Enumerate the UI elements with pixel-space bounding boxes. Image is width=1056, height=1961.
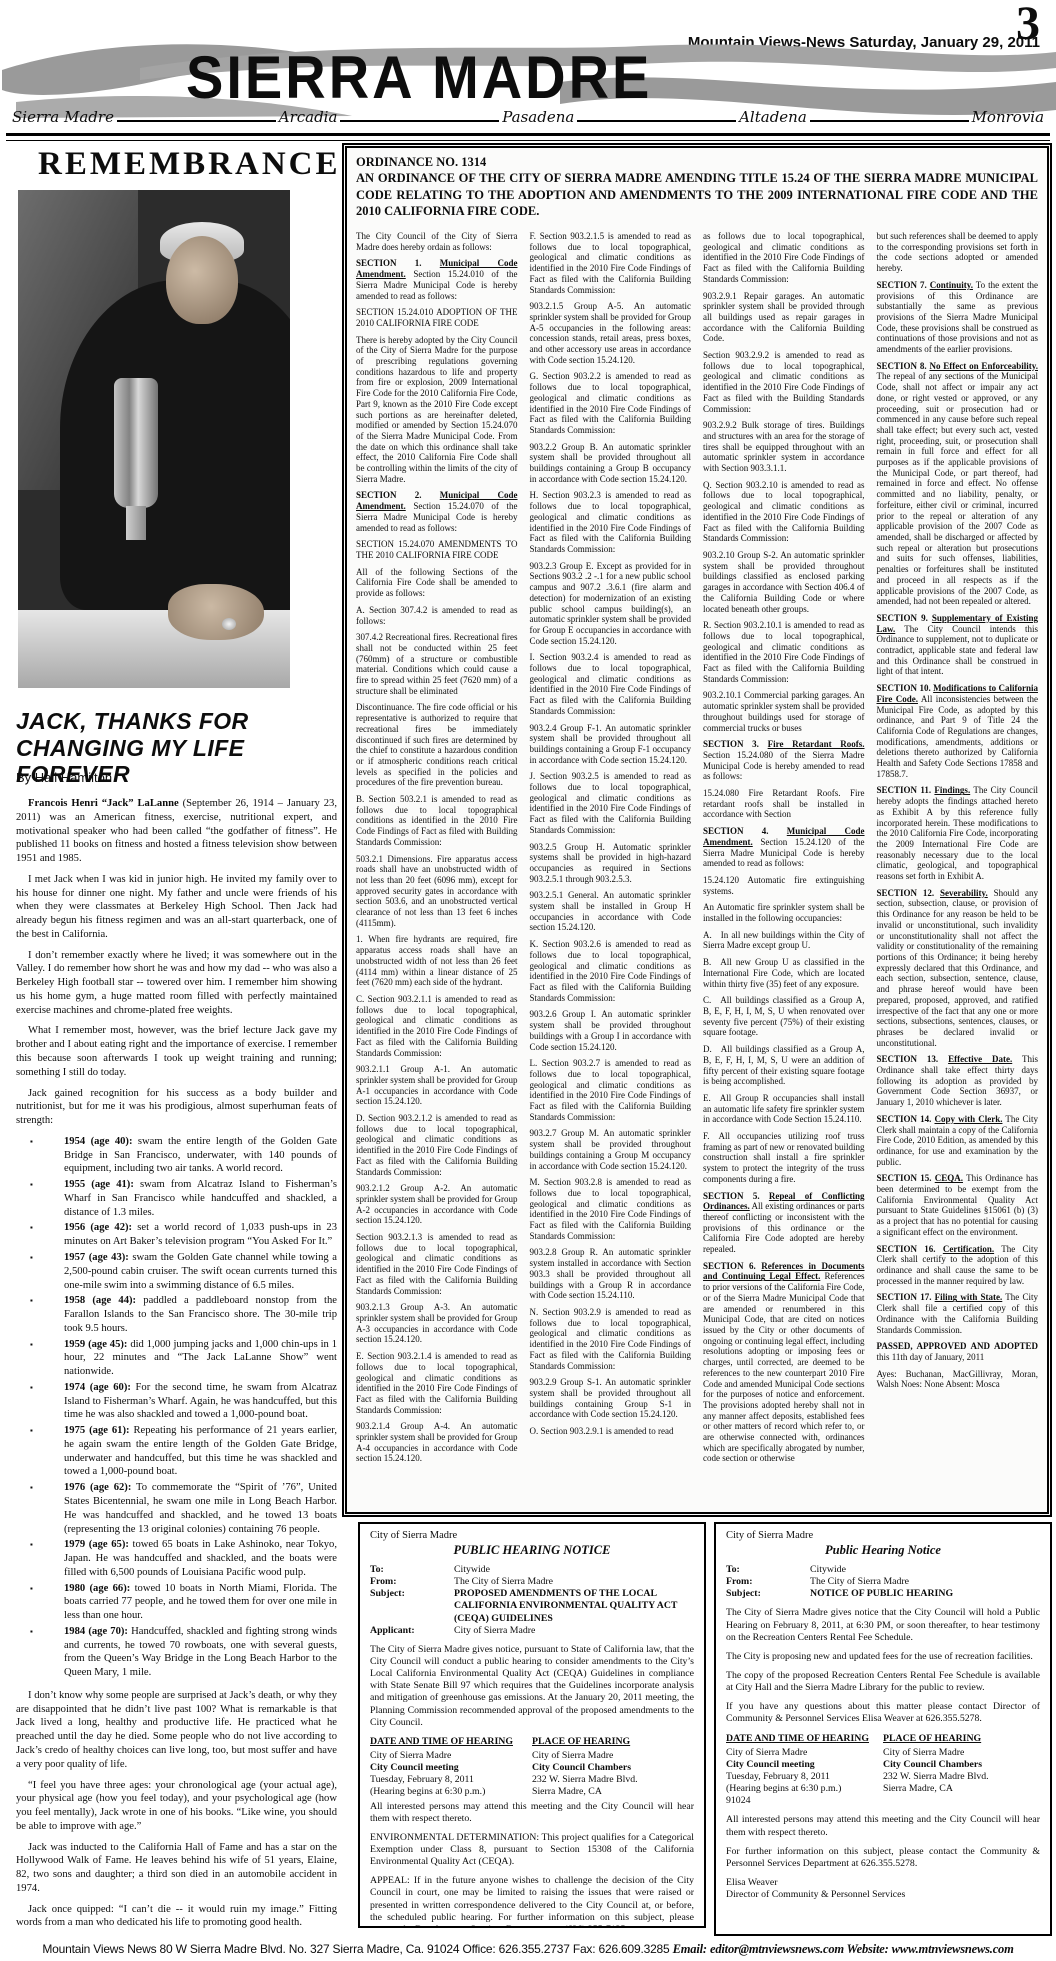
paragraph: Jack once quipped: “I can’t die -- it wo… xyxy=(16,1903,337,1931)
ordinance-paragraph: 903.2.4 Group F-1. An automatic sprinkle… xyxy=(530,723,692,766)
subject-value: NOTICE OF PUBLIC HEARING xyxy=(810,1588,1040,1600)
ordinance-paragraph: 903.2.7 Group M. An automatic sprinkler … xyxy=(530,1128,692,1171)
footer-website: www.mtnviewsnews.com xyxy=(892,1942,1014,1956)
paragraph: Francois Henri “Jack” LaLanne (September… xyxy=(16,797,337,866)
place-header: PLACE OF HEARING xyxy=(532,1736,694,1748)
ordinance-paragraph: B. All new Group U as classified in the … xyxy=(703,957,865,989)
ordinance-paragraph: 903.2.9 Group S-1. An automatic sprinkle… xyxy=(530,1377,692,1420)
date-time-header: DATE AND TIME OF HEARING xyxy=(726,1733,883,1745)
ordinance-paragraph: E. All Group R occupancies shall install… xyxy=(703,1093,865,1125)
public-hearing-notice-rental-fees: City of Sierra Madre Public Hearing Noti… xyxy=(714,1522,1052,1936)
notice-org: City of Sierra Madre xyxy=(726,1529,1040,1542)
ordinance-paragraph: SECTION 6. References in Documents and C… xyxy=(703,1261,865,1464)
notice-body: The City of Sierra Madre gives notice, p… xyxy=(370,1644,694,1729)
ordinance-paragraph: SECTION 4. Municipal Code Amendment. Sec… xyxy=(703,826,865,869)
ordinance-paragraph: SECTION 14. Copy with Clerk. The City Cl… xyxy=(877,1114,1039,1168)
footer: Mountain Views News 80 W Sierra Madre Bl… xyxy=(0,1942,1056,1957)
hearing-line: City of Sierra Madre xyxy=(726,1747,883,1759)
ordinance-paragraph: K. Section 903.2.6 is amended to read as… xyxy=(530,939,692,1003)
hearing-line: 232 W. Sierra Madre Blvd. xyxy=(883,1771,1040,1783)
subject-label: Subject: xyxy=(370,1588,454,1624)
ordinance-paragraph: 903.2.9.2 Bulk storage of tires. Buildin… xyxy=(703,420,865,474)
hearing-line: Tuesday, February 8, 2011 xyxy=(726,1771,883,1783)
ordinance-paragraph: F. Section 903.2.1.5 is amended to read … xyxy=(530,231,692,295)
ordinance-paragraph: There is hereby adopted by the City Coun… xyxy=(356,335,518,485)
photo-figure xyxy=(60,280,290,610)
ordinance-paragraph: 903.2.10 Group S-2. An automatic sprinkl… xyxy=(703,550,865,614)
header-rule xyxy=(6,133,1050,141)
public-hearing-notice-ceqa: City of Sierra Madre PUBLIC HEARING NOTI… xyxy=(358,1522,706,1928)
list-item: ▪ 1956 (age 42): set a world record of 1… xyxy=(16,1221,337,1249)
ordinance-paragraph: SECTION 12. Severability. Should any sec… xyxy=(877,888,1039,1049)
feats-list: ▪ 1954 (age 40): swam the entire length … xyxy=(16,1135,337,1680)
ordinance-paragraph: 903.2.3 Group E. Except as provided for … xyxy=(530,561,692,647)
notice-paragraphs: The City of Sierra Madre gives notice th… xyxy=(726,1607,1040,1725)
ordinance-paragraph: Ayes: Buchanan, MacGillivray, Moran, Wal… xyxy=(877,1369,1039,1390)
ordinance-paragraph: SECTION 5. Repeal of Conflicting Ordinan… xyxy=(703,1191,865,1255)
article-intro-paragraphs: Francois Henri “Jack” LaLanne (September… xyxy=(16,797,337,1128)
signer-name: Elisa Weaver xyxy=(726,1877,1040,1889)
ordinance-paragraph: The City Council of the City of Sierra M… xyxy=(356,231,518,252)
ordinance-column-1: The City Council of the City of Sierra M… xyxy=(356,231,518,1499)
ordinance-paragraph: SECTION 13. Effective Date. This Ordinan… xyxy=(877,1054,1039,1108)
further-info-note: For further information on this subject,… xyxy=(726,1846,1040,1870)
bullet-icon: ▪ xyxy=(16,1481,64,1536)
signer-title: Director of Community & Personnel Servic… xyxy=(726,1889,1040,1901)
subject-value: PROPOSED AMENDMENTS OF THE LOCAL CALIFOR… xyxy=(454,1588,694,1624)
hearing-line: City of Sierra Madre xyxy=(883,1747,1040,1759)
ordinance-paragraph: 903.2.2 Group B. An automatic sprinkler … xyxy=(530,442,692,485)
ordinance-paragraph: SECTION 15.24.070 AMENDMENTS TO THE 2010… xyxy=(356,539,518,560)
paragraph: If you have any questions about this mat… xyxy=(726,1701,1040,1725)
subject-label: Subject: xyxy=(726,1588,810,1600)
ordinance-box: ORDINANCE NO. 1314 AN ORDINANCE OF THE C… xyxy=(342,143,1052,1517)
section-title-remembrance: REMEMBRANCE xyxy=(38,146,341,183)
hearing-line: City Council Chambers xyxy=(883,1759,1040,1771)
footer-contact: Mountain Views News 80 W Sierra Madre Bl… xyxy=(42,1942,672,1956)
attend-note: All interested persons may attend this m… xyxy=(370,1801,694,1825)
hearing-line: City Council meeting xyxy=(370,1762,532,1774)
ordinance-paragraph: PASSED, APPROVED AND ADOPTED this 11th d… xyxy=(877,1341,1039,1362)
place-header: PLACE OF HEARING xyxy=(883,1733,1040,1745)
ordinance-paragraph: Discontinuance. The fire code official o… xyxy=(356,702,518,788)
bullet-icon: ▪ xyxy=(16,1381,64,1422)
appeal-note: APPEAL: If in the future anyone wishes t… xyxy=(370,1875,694,1928)
applicant-label: Applicant: xyxy=(370,1625,454,1637)
article-closing-paragraphs: I don’t know why some people are surpris… xyxy=(16,1689,337,1930)
hearing-headers: DATE AND TIME OF HEARING PLACE OF HEARIN… xyxy=(726,1733,1040,1745)
notice-org: City of Sierra Madre xyxy=(370,1529,694,1542)
ordinance-paragraph: SECTION 3. Fire Retardant Roofs. Section… xyxy=(703,739,865,782)
hearing-date-column: City of Sierra MadreCity Council meeting… xyxy=(370,1750,532,1799)
hearing-line: City of Sierra Madre xyxy=(370,1750,532,1762)
hearing-line: (Hearing begins at 6:30 p.m.) xyxy=(726,1783,883,1795)
hearing-line: City of Sierra Madre xyxy=(532,1750,694,1762)
list-item: ▪ 1979 (age 65): towed 65 boats in Lake … xyxy=(16,1538,337,1579)
ordinance-paragraph: I. Section 903.2.4 is amended to read as… xyxy=(530,652,692,716)
ordinance-paragraph: 903.2.9.1 Repair garages. An automatic s… xyxy=(703,291,865,345)
ordinance-paragraph: O. Section 903.2.9.1 is amended to read xyxy=(530,1426,692,1437)
ordinance-paragraph: Section 903.2.1.3 is amended to read as … xyxy=(356,1232,518,1296)
ordinance-paragraph: An Automatic fire sprinkler system shall… xyxy=(703,902,865,923)
hearing-line: Sierra Madre, CA xyxy=(883,1783,1040,1795)
ordinance-paragraph: D. Section 903.2.1.2 is amended to read … xyxy=(356,1113,518,1177)
divider-line xyxy=(340,120,499,122)
city-label: Arcadia xyxy=(279,108,338,126)
paragraph: The City of Sierra Madre gives notice th… xyxy=(726,1607,1040,1643)
hearing-line: 91024 xyxy=(726,1795,883,1807)
ordinance-paragraph: E. Section 903.2.1.4 is amended to read … xyxy=(356,1351,518,1415)
bullet-icon: ▪ xyxy=(16,1294,64,1335)
from-value: The City of Sierra Madre xyxy=(454,1576,694,1588)
from-label: From: xyxy=(726,1576,810,1588)
ordinance-columns: The City Council of the City of Sierra M… xyxy=(356,231,1038,1499)
ordinance-paragraph: D. All buildings classified as a Group A… xyxy=(703,1044,865,1087)
applicant-value: City of Sierra Madre xyxy=(454,1625,694,1637)
list-item: ▪ 1975 (age 61): Repeating his performan… xyxy=(16,1424,337,1479)
ordinance-paragraph: but such references shall be deemed to a… xyxy=(877,231,1039,274)
ordinance-paragraph: A. In all new buildings within the City … xyxy=(703,930,865,951)
paragraph: I don’t know why some people are surpris… xyxy=(16,1689,337,1772)
city-label: Monrovia xyxy=(972,108,1044,126)
ordinance-column-2: F. Section 903.2.1.5 is amended to read … xyxy=(530,231,692,1499)
environmental-determination: ENVIRONMENTAL DETERMINATION: This projec… xyxy=(370,1832,694,1868)
photo-face xyxy=(166,236,238,324)
ordinance-paragraph: 903.2.1.2 Group A-2. An automatic sprink… xyxy=(356,1183,518,1226)
ordinance-paragraph: F. All occupancies utilizing roof truss … xyxy=(703,1131,865,1185)
ordinance-paragraph: SECTION 15.24.010 ADOPTION OF THE 2010 C… xyxy=(356,307,518,328)
article-byline: By Hail Hamilton xyxy=(16,770,112,785)
ordinance-paragraph: 903.2.1.5 Group A-5. An automatic sprink… xyxy=(530,301,692,365)
ordinance-paragraph: 903.2.5.1 General. An automatic sprinkle… xyxy=(530,890,692,933)
hearing-line: 232 W. Sierra Madre Blvd. xyxy=(532,1774,694,1786)
to-label: To: xyxy=(370,1564,454,1576)
ordinance-paragraph: 307.4.2 Recreational fires. Recreational… xyxy=(356,632,518,696)
city-label: Pasadena xyxy=(502,108,574,126)
photo-jack-lalanne xyxy=(18,190,290,688)
footer-website-label: Website: xyxy=(847,1942,889,1956)
ordinance-paragraph: H. Section 903.2.3 is amended to read as… xyxy=(530,490,692,554)
ordinance-paragraph: A. Section 307.4.2 is amended to read as… xyxy=(356,605,518,626)
ordinance-paragraph: 903.2.6 Group I. An automatic sprinkler … xyxy=(530,1009,692,1052)
newspaper-page: 3 Mountain Views-News Saturday, January … xyxy=(0,0,1056,1961)
notice-title: Public Hearing Notice xyxy=(726,1543,1040,1558)
from-value: The City of Sierra Madre xyxy=(810,1576,1040,1588)
list-item: ▪ 1955 (age 41): swam from Alcatraz Isla… xyxy=(16,1178,337,1219)
hearing-line: City Council meeting xyxy=(726,1759,883,1771)
ordinance-paragraph: 903.2.1.1 Group A-1. An automatic sprink… xyxy=(356,1064,518,1107)
list-item: ▪ 1957 (age 43): swam the Golden Gate ch… xyxy=(16,1251,337,1292)
ordinance-paragraph: N. Section 903.2.9 is amended to read as… xyxy=(530,1307,692,1371)
ordinance-paragraph: M. Section 903.2.8 is amended to read as… xyxy=(530,1177,692,1241)
bullet-icon: ▪ xyxy=(16,1424,64,1479)
to-value: Citywide xyxy=(454,1564,694,1576)
hearing-place-column: City of Sierra MadreCity Council Chamber… xyxy=(532,1750,694,1799)
divider-line xyxy=(577,120,736,122)
divider-line xyxy=(810,120,969,122)
ordinance-paragraph: Section 903.2.9.2 is amended to read as … xyxy=(703,350,865,414)
article-body: Francois Henri “Jack” LaLanne (September… xyxy=(16,797,337,1932)
city-label: Altadena xyxy=(739,108,807,126)
ordinance-paragraph: SECTION 1. Municipal Code Amendment. Sec… xyxy=(356,258,518,301)
list-item: ▪ 1984 (age 70): Handcuffed, shackled an… xyxy=(16,1625,337,1680)
ordinance-paragraph: SECTION 16. Certification. The City Cler… xyxy=(877,1244,1039,1287)
ordinance-paragraph: 1. When fire hydrants are required, fire… xyxy=(356,934,518,988)
list-item: ▪ 1954 (age 40): swam the entire length … xyxy=(16,1135,337,1176)
ordinance-paragraph: Q. Section 903.2.10 is amended to read a… xyxy=(703,480,865,544)
ordinance-paragraph: SECTION 11. Findings. The City Council h… xyxy=(877,785,1039,881)
ordinance-paragraph: 903.2.5 Group H. Automatic sprinkler sys… xyxy=(530,842,692,885)
photo-hand xyxy=(168,584,264,640)
list-item: ▪ 1958 (age 44): paddled a paddleboard n… xyxy=(16,1294,337,1335)
ordinance-paragraph: J. Section 903.2.5 is amended to read as… xyxy=(530,771,692,835)
cities-bar: Sierra Madre Arcadia Pasadena Altadena M… xyxy=(12,108,1044,126)
bullet-icon: ▪ xyxy=(16,1338,64,1379)
ordinance-column-3: as follows due to local topographical, g… xyxy=(703,231,865,1499)
hearing-place-column: City of Sierra MadreCity Council Chamber… xyxy=(883,1747,1040,1808)
bullet-icon: ▪ xyxy=(16,1178,64,1219)
ordinance-paragraph: 903.2.8 Group R. An automatic sprinkler … xyxy=(530,1247,692,1301)
city-label: Sierra Madre xyxy=(12,108,114,126)
photo-glass-stem xyxy=(126,506,146,540)
ordinance-column-4: but such references shall be deemed to a… xyxy=(877,231,1039,1499)
to-value: Citywide xyxy=(810,1564,1040,1576)
ordinance-paragraph: SECTION 10. Modifications to California … xyxy=(877,683,1039,779)
ordinance-paragraph: 15.24.080 Fire Retardant Roofs. Fire ret… xyxy=(703,788,865,820)
list-item: ▪ 1959 (age 45): did 1,000 jumping jacks… xyxy=(16,1338,337,1379)
photo-glass xyxy=(114,378,158,508)
ordinance-paragraph: SECTION 7. Continuity. To the extent the… xyxy=(877,280,1039,355)
paragraph: What I remember most, however, was the b… xyxy=(16,1024,337,1079)
ordinance-paragraph: 15.24.120 Automatic fire extinguishing s… xyxy=(703,875,865,896)
ordinance-paragraph: C. All buildings classified as a Group A… xyxy=(703,995,865,1038)
from-label: From: xyxy=(370,1576,454,1588)
list-item: ▪ 1974 (age 60): For the second time, he… xyxy=(16,1381,337,1422)
masthead-title: SIERRA MADRE xyxy=(186,42,652,112)
ordinance-title: AN ORDINANCE OF THE CITY OF SIERRA MADRE… xyxy=(356,170,1038,219)
hearing-line: (Hearing begins at 6:30 p.m.) xyxy=(370,1786,532,1798)
footer-email-label: Email: xyxy=(673,1942,707,1956)
hearing-headers: DATE AND TIME OF HEARING PLACE OF HEARIN… xyxy=(370,1736,694,1748)
ordinance-paragraph: B. Section 503.2.1 is amended to read as… xyxy=(356,794,518,848)
divider-line xyxy=(117,120,276,122)
ordinance-paragraph: SECTION 8. No Effect on Enforceability. … xyxy=(877,361,1039,607)
hearing-date-column: City of Sierra MadreCity Council meeting… xyxy=(726,1747,883,1808)
footer-email: editor@mtnviewsnews.com xyxy=(710,1942,847,1956)
paragraph: Jack was inducted to the California Hall… xyxy=(16,1841,337,1896)
bullet-icon: ▪ xyxy=(16,1135,64,1176)
ordinance-paragraph: as follows due to local topographical, g… xyxy=(703,231,865,285)
to-label: To: xyxy=(726,1564,810,1576)
paragraph: I don’t remember exactly where he lived;… xyxy=(16,949,337,1018)
paragraph: The City is proposing new and updated fe… xyxy=(726,1651,1040,1663)
paragraph: Jack gained recognition for his success … xyxy=(16,1087,337,1128)
ordinance-paragraph: R. Section 903.2.10.1 is amended to read… xyxy=(703,620,865,684)
date-time-header: DATE AND TIME OF HEARING xyxy=(370,1736,532,1748)
bullet-icon: ▪ xyxy=(16,1538,64,1579)
hearing-line: Tuesday, February 8, 2011 xyxy=(370,1774,532,1786)
ordinance-paragraph: C. Section 903.2.1.1 is amended to read … xyxy=(356,994,518,1058)
ordinance-paragraph: 503.2.1 Dimensions. Fire apparatus acces… xyxy=(356,854,518,929)
ordinance-paragraph: SECTION 2. Municipal Code Amendment. Sec… xyxy=(356,490,518,533)
photo-ring xyxy=(222,618,236,630)
paragraph: The copy of the proposed Recreation Cent… xyxy=(726,1670,1040,1694)
list-item: ▪ 1980 (age 66): towed 10 boats in North… xyxy=(16,1582,337,1623)
notice-title: PUBLIC HEARING NOTICE xyxy=(370,1543,694,1558)
ordinance-paragraph: All of the following Sections of the Cal… xyxy=(356,567,518,599)
ordinance-paragraph: 903.2.10.1 Commercial parking garages. A… xyxy=(703,690,865,733)
ordinance-paragraph: G. Section 903.2.2 is amended to read as… xyxy=(530,371,692,435)
bullet-icon: ▪ xyxy=(16,1221,64,1249)
paragraph: “I feel you have three ages: your chrono… xyxy=(16,1779,337,1834)
ordinance-paragraph: L. Section 903.2.7 is amended to read as… xyxy=(530,1058,692,1122)
ordinance-paragraph: SECTION 17. Filing with State. The City … xyxy=(877,1292,1039,1335)
paragraph: I met Jack when I was kid in junior high… xyxy=(16,873,337,942)
bullet-icon: ▪ xyxy=(16,1251,64,1292)
ordinance-paragraph: SECTION 9. Supplementary of Existing Law… xyxy=(877,613,1039,677)
hearing-line: Sierra Madre, CA xyxy=(532,1786,694,1798)
ordinance-paragraph: SECTION 15. CEQA. This Ordinance has bee… xyxy=(877,1173,1039,1237)
bullet-icon: ▪ xyxy=(16,1582,64,1623)
hearing-line: City Council Chambers xyxy=(532,1762,694,1774)
ordinance-paragraph: 903.2.1.3 Group A-3. An automatic sprink… xyxy=(356,1302,518,1345)
list-item: ▪ 1976 (age 62): To commemorate the “Spi… xyxy=(16,1481,337,1536)
ordinance-number: ORDINANCE NO. 1314 xyxy=(356,154,1038,170)
attend-note: All interested persons may attend this m… xyxy=(726,1814,1040,1838)
bullet-icon: ▪ xyxy=(16,1625,64,1680)
ordinance-paragraph: 903.2.1.4 Group A-4. An automatic sprink… xyxy=(356,1421,518,1464)
